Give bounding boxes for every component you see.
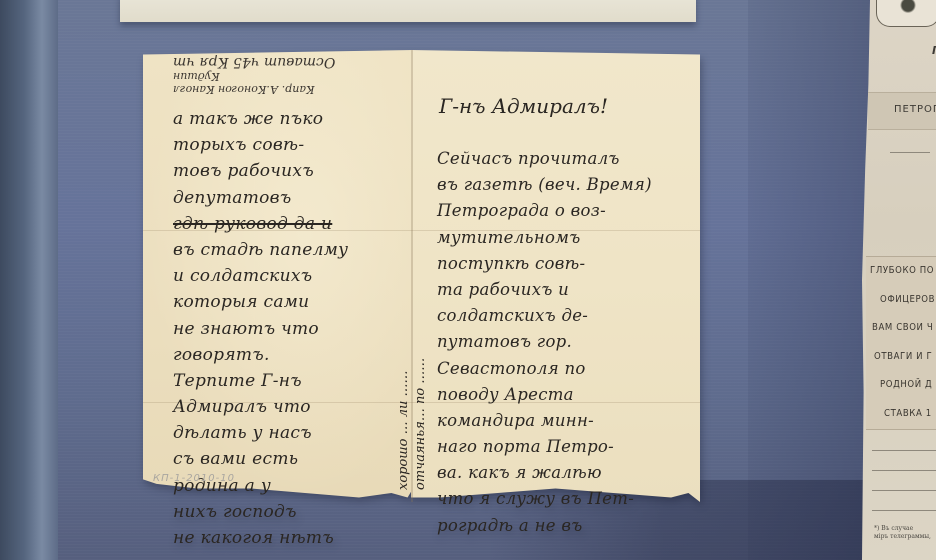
text-line: поступкѣ совѣ-	[437, 251, 652, 277]
text-line: и солдатскихъ	[173, 263, 348, 289]
salutation: Г-нъ Адмиралъ!	[439, 94, 608, 118]
rule-line	[872, 490, 936, 491]
text-line: мутительномъ	[437, 225, 652, 251]
footnote-line: *) Въ случае	[874, 525, 913, 532]
text-line: солдатскихъ де-	[437, 303, 652, 329]
rule-line	[872, 470, 936, 471]
rule-line	[872, 510, 936, 511]
upside-down-note: Капр. А.Коногон Каногл Кудшин Оставит ч4…	[173, 54, 335, 96]
right-page-text: Сейчасъ прочиталъ въ газетѣ (веч. Время)…	[437, 146, 652, 539]
handwritten-letter: Капр. А.Коногон Каногл Кудшин Оставит ч4…	[143, 50, 700, 502]
rule-line	[890, 152, 930, 153]
text-line: въ стадѣ папелму	[173, 237, 348, 263]
telegram-line: РОДНОЙ Д	[866, 371, 936, 400]
telegram-body: ГЛУБОКО ПО ОФИЦЕРОВ ВАМ СВОИ Ч ОТВАГИ И …	[866, 256, 936, 430]
upside-line: Кудшин	[173, 70, 335, 83]
telegram-address-strip: ПЕТРОГР	[868, 92, 936, 130]
telegram-line: СТАВКА 1	[866, 400, 936, 429]
text-line: Петрограда о воз-	[437, 198, 652, 224]
inventory-number: КП-1-2010-10	[153, 473, 235, 484]
text-line: ва. какъ я жалѣю	[437, 460, 652, 486]
struck-text-line: гдѣ руковод да и	[173, 211, 348, 237]
text-line: съ вами есть	[173, 446, 348, 472]
upside-line: Оставит ч45 Кря чт	[173, 54, 335, 70]
text-line: путатовъ гор.	[437, 329, 652, 355]
emblem-icon	[876, 0, 936, 27]
text-line: поводу Ареста	[437, 382, 652, 408]
text-line: та рабочихъ и	[437, 277, 652, 303]
museum-display-photo: Капр. А.Коногон Каногл Кудшин Оставит ч4…	[0, 0, 936, 560]
upside-line: Капр. А.Коногон Каногл	[173, 83, 335, 96]
text-line: наго порта Петро-	[437, 434, 652, 460]
text-line: не какогоя нѣтъ	[173, 525, 348, 551]
text-line: дѣлать у насъ	[173, 420, 348, 446]
telegram-line: ОФИЦЕРОВ	[866, 286, 936, 315]
text-line: Адмиралъ что	[173, 394, 348, 420]
telegram-city: ПЕТРОГР	[894, 104, 936, 115]
rule-line	[872, 450, 936, 451]
margin-line: хорошо … ли ……	[396, 371, 411, 491]
text-line: Сейчасъ прочиталъ	[437, 146, 652, 172]
telegram-document: Пр ПЕТРОГР ГЛУБОКО ПО ОФИЦЕРОВ ВАМ СВОИ …	[862, 0, 936, 560]
text-line: въ газетѣ (веч. Время)	[437, 172, 652, 198]
text-line: нихъ господъ	[173, 499, 348, 525]
wall-background	[0, 0, 60, 560]
text-line: торыхъ совѣ-	[173, 132, 348, 158]
upper-document-edge	[120, 0, 696, 22]
telegram-footnote: *) Въ случае міръ телеграммы,	[874, 525, 931, 541]
text-line: не знаютъ что	[173, 316, 348, 342]
text-line: которыя сами	[173, 289, 348, 315]
telegram-line: ОТВАГИ И Г	[866, 343, 936, 372]
text-line: а такъ же пъко	[173, 106, 348, 132]
text-line: что я служу въ Пет-	[437, 486, 652, 512]
text-line: депутатовъ	[173, 185, 348, 211]
text-line: роградѣ а не въ	[437, 513, 652, 539]
footnote-line: міръ телеграммы,	[874, 533, 931, 540]
left-page-text: а такъ же пъко торыхъ совѣ- товъ рабочих…	[173, 106, 348, 551]
text-line: говорятъ.	[173, 342, 348, 368]
telegram-line: ГЛУБОКО ПО	[866, 257, 936, 286]
margin-line: отчаянья… по ……	[413, 358, 428, 490]
text-line: Терпите Г-нъ	[173, 368, 348, 394]
text-line: Севастополя по	[437, 356, 652, 382]
vertical-margin-note: хорошо … ли …… отчаянья… по ……	[395, 80, 435, 490]
text-line: товъ рабочихъ	[173, 158, 348, 184]
text-line: командира минн-	[437, 408, 652, 434]
telegram-header: Пр	[932, 44, 936, 57]
telegram-line: ВАМ СВОИ Ч	[866, 314, 936, 343]
